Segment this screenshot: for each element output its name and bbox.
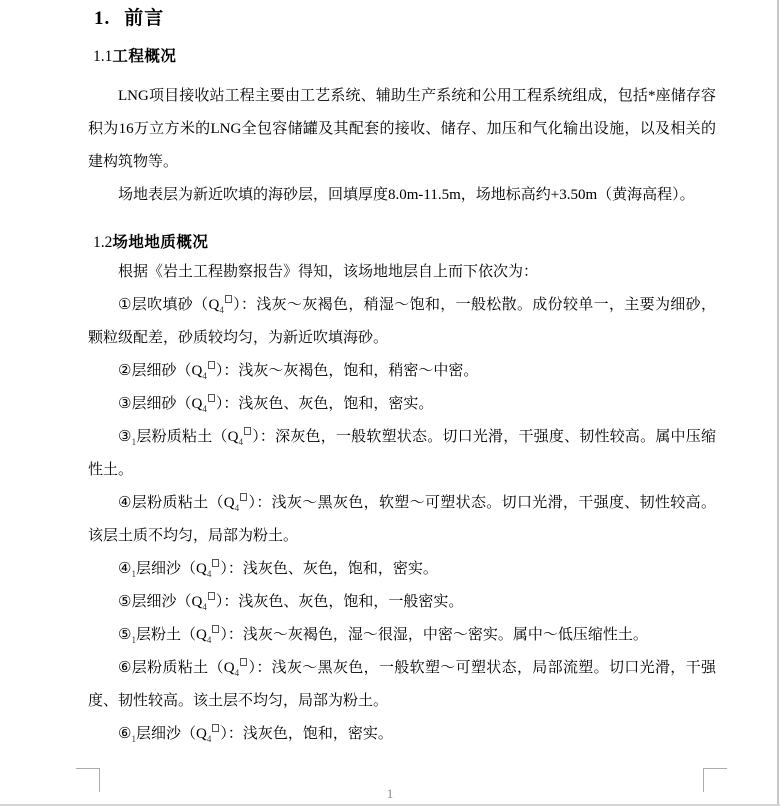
q-subscript: 4 [207,734,212,744]
missing-glyph-box-icon [212,625,219,633]
section-heading-1-2: 1.2场地地质概况 [93,234,716,252]
section-number: 1.1 [93,48,112,65]
q-subscript: 4 [202,371,207,381]
q-notation: （Q4） [181,726,228,742]
document-page: 1.前言 1.1工程概况 LNG项目接收站工程主要由工艺系统、辅助生产系统和公用… [0,0,780,806]
document-content: 1.前言 1.1工程概况 LNG项目接收站工程主要由工艺系统、辅助生产系统和公用… [88,0,716,751]
q-notation: （Q4） [181,627,228,643]
layer-description: ：浅灰色、灰色，饱和，密实。 [223,396,433,412]
bottom-right-margin-mark-horizontal [703,768,727,769]
q-base: Q [228,429,239,445]
q-notation: （Q4） [208,495,256,511]
q-notation: （Q4） [193,297,241,313]
layer-number: ⑤ [118,594,131,610]
q-open-paren: （ [193,297,208,313]
missing-glyph-box-icon [240,493,247,501]
q-close-paren: ） [233,297,241,313]
q-subscript: 4 [219,305,224,315]
section-title: 场地地质概况 [112,234,208,251]
layer-description: ：浅灰色、灰色，饱和，密实。 [228,561,438,577]
page-number: 1 [0,786,780,802]
geo-layer-item: ⑥1层细沙（Q4）：浅灰色，饱和，密实。 [88,718,716,751]
q-subscript: 4 [207,635,212,645]
layer-name: 层细沙 [136,561,181,577]
layer-description: ：浅灰色，饱和，密实。 [228,726,393,742]
layer-name: 层粉质粘土 [136,429,212,445]
q-base: Q [196,627,207,643]
layer-number: ⑤ [118,627,131,643]
layer-number: ④ [118,561,131,577]
q-subscript: 4 [202,602,207,612]
q-open-paren: （ [208,660,223,676]
q-notation: （Q4） [176,594,223,610]
missing-glyph-box-icon [208,361,215,369]
site-surface-paragraph: 场地表层为新近吹填的海砂层，回填厚度8.0m-11.5m，场地标高约+3.50m… [88,179,716,212]
geo-layer-item: ⑥层粉质粘土（Q4）：浅灰～黑灰色，一般软塑～可塑状态，局部流塑。切口光滑，干强… [88,652,716,718]
q-notation: （Q4） [208,660,256,676]
layer-description: ：浅灰～灰褐色，饱和，稍密～中密。 [223,363,478,379]
layer-description: ：浅灰色、灰色，饱和，一般密实。 [223,594,463,610]
q-notation: （Q4） [176,396,223,412]
bottom-left-margin-mark-horizontal [76,768,100,769]
q-open-paren: （ [208,495,223,511]
geo-layer-item: ③1层粉质粘土（Q4）：深灰色，一般软塑状态。切口光滑，干强度、韧性较高。属中压… [88,421,716,487]
layer-name: 层细砂 [131,396,176,412]
q-base: Q [191,594,202,610]
section-title: 工程概况 [112,48,176,65]
q-subscript: 4 [238,437,243,447]
missing-glyph-box-icon [208,592,215,600]
missing-glyph-box-icon [212,724,219,732]
geo-layer-item: ⑤层细沙（Q4）：浅灰色、灰色，饱和，一般密实。 [88,586,716,619]
layer-number: ⑥ [118,726,131,742]
q-close-paren: ） [220,726,228,742]
geo-layer-list: ①层吹填砂（Q4）：浅灰～灰褐色，稍湿～饱和，一般松散。成份较单一，主要为细砂，… [88,289,716,751]
missing-glyph-box-icon [208,394,215,402]
layer-name: 层粉质粘土 [132,495,209,511]
q-subscript: 4 [207,569,212,579]
q-open-paren: （ [176,594,191,610]
geo-layer-item: ⑤1层粉土（Q4）：浅灰～灰褐色，湿～很湿，中密～密实。属中～低压缩性土。 [88,619,716,652]
q-close-paren: ） [252,429,260,445]
q-close-paren: ） [220,561,228,577]
layer-number: ② [118,363,131,379]
q-notation: （Q4） [181,561,228,577]
q-subscript: 4 [235,503,240,513]
geo-layer-item: ④层粉质粘土（Q4）：浅灰～黑灰色，软塑～可塑状态。切口光滑，干强度、韧性较高。… [88,487,716,553]
q-base: Q [224,495,235,511]
page-right-edge [777,0,779,806]
heading-number: 1. [94,8,110,29]
missing-glyph-box-icon [212,559,219,567]
q-open-paren: （ [212,429,227,445]
q-notation: （Q4） [176,363,223,379]
main-heading: 1.前言 [94,6,716,32]
layer-number: ⑥ [118,660,132,676]
section-heading-1-1: 1.1工程概况 [93,48,716,66]
q-open-paren: （ [176,363,191,379]
q-open-paren: （ [181,627,196,643]
q-base: Q [196,561,207,577]
layer-name: 层细砂 [131,363,176,379]
missing-glyph-box-icon [244,427,251,435]
layer-description: ：浅灰～灰褐色，湿～很湿，中密～密实。属中～低压缩性土。 [228,627,648,643]
q-base: Q [191,396,202,412]
missing-glyph-box-icon [240,658,247,666]
geo-layer-item: ③层细砂（Q4）：浅灰色、灰色，饱和，密实。 [88,388,716,421]
q-base: Q [208,297,219,313]
q-open-paren: （ [181,726,196,742]
q-open-paren: （ [181,561,196,577]
section-number: 1.2 [93,234,112,251]
q-subscript: 4 [202,404,207,414]
geo-layer-item: ②层细砂（Q4）：浅灰～灰褐色，饱和，稍密～中密。 [88,355,716,388]
heading-title: 前言 [124,8,164,29]
layer-name: 层粉土 [136,627,181,643]
q-notation: （Q4） [212,429,259,445]
q-base: Q [196,726,207,742]
geo-layer-item: ④1层细沙（Q4）：浅灰色、灰色，饱和，密实。 [88,553,716,586]
layer-name: 层细沙 [131,594,176,610]
geo-layer-item: ①层吹填砂（Q4）：浅灰～灰褐色，稍湿～饱和，一般松散。成份较单一，主要为细砂，… [88,289,716,355]
q-base: Q [191,363,202,379]
q-open-paren: （ [176,396,191,412]
missing-glyph-box-icon [225,295,232,303]
q-close-paren: ） [220,627,228,643]
layer-number: ① [118,297,132,313]
layer-name: 层粉质粘土 [132,660,209,676]
layer-name: 层细沙 [136,726,181,742]
q-base: Q [224,660,235,676]
geology-intro-paragraph: 根据《岩土工程勘察报告》得知，该场地地层自上而下依次为： [88,256,716,289]
intro-paragraph: LNG项目接收站工程主要由工艺系统、辅助生产系统和公用工程系统组成，包括*座储存… [88,80,716,179]
layer-number: ③ [118,429,132,445]
layer-number: ③ [118,396,131,412]
layer-name: 层吹填砂 [132,297,193,313]
layer-number: ④ [118,495,132,511]
q-subscript: 4 [235,668,240,678]
